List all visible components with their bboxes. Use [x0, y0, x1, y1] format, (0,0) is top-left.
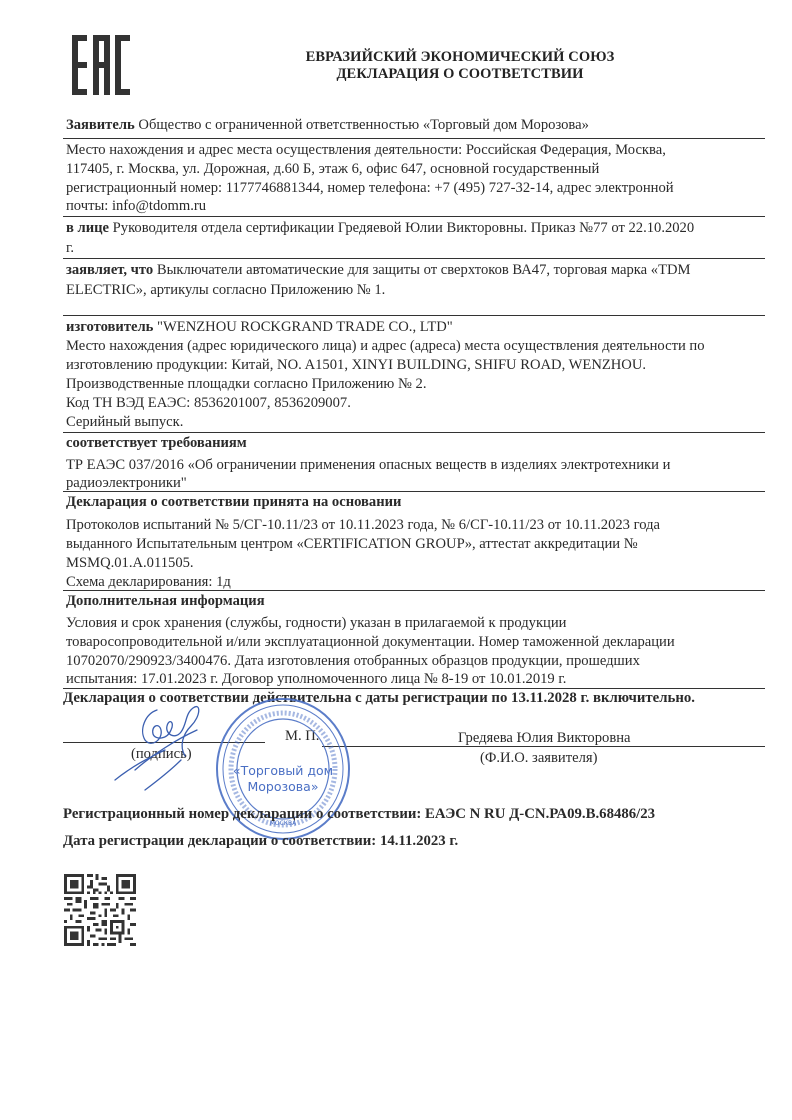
additional-line: Условия и срок хранения (службы, годност… [66, 614, 566, 633]
header-union: ЕВРАЗИЙСКИЙ ЭКОНОМИЧЕСКИЙ СОЮЗ [200, 48, 720, 66]
additional-heading: Дополнительная информация [66, 592, 265, 611]
represented-by: в лице Руководителя отдела сертификации … [66, 219, 694, 238]
manufacturer-line: Код ТН ВЭД ЕАЭС: 8536201007, 8536209007. [66, 394, 351, 413]
eac-logo [72, 35, 130, 95]
registration-number-value: ЕАЭС N RU Д-CN.РА09.В.68486/23 [425, 806, 655, 822]
divider [63, 138, 765, 139]
divider [63, 432, 765, 433]
represented-by-value: Руководителя отдела сертификации Гредяев… [109, 220, 694, 236]
declares-value: Выключатели автоматические для защиты от… [153, 262, 690, 278]
signer-caption: (Ф.И.О. заявителя) [480, 749, 597, 768]
applicant: Заявитель Общество с ограниченной ответс… [66, 116, 589, 135]
registration-date-label: Дата регистрации декларации о соответств… [63, 833, 380, 849]
registration-number-label: Регистрационный номер декларации о соотв… [63, 806, 425, 822]
signature-scribble-icon [105, 700, 215, 795]
eac-logo-icon [72, 35, 130, 95]
signer-name: Гредяева Юлия Викторовна [458, 729, 631, 748]
basis-line: выданного Испытательным центром «CERTIFI… [66, 535, 638, 554]
stamp-line2: Морозова» [213, 779, 353, 795]
manufacturer-line: Серийный выпуск. [66, 413, 183, 432]
requirements-line: ТР ЕАЭС 037/2016 «Об ограничении примене… [66, 456, 670, 475]
registration-date-value: 14.11.2023 г. [380, 833, 458, 849]
manufacturer-line: Место нахождения (адрес юридического лиц… [66, 337, 705, 356]
header-title: ДЕКЛАРАЦИЯ О СООТВЕТСТВИИ [200, 65, 720, 83]
declares-label: заявляет, что [66, 262, 153, 278]
divider [63, 491, 765, 492]
registration-date: Дата регистрации декларации о соответств… [63, 832, 458, 851]
requirements-heading: соответствует требованиям [66, 434, 247, 453]
manufacturer-line: Производственные площадки согласно Прило… [66, 375, 427, 394]
address-line: почты: info@tdomm.ru [66, 197, 206, 216]
basis-heading: Декларация о соответствии принята на осн… [66, 493, 401, 512]
manufacturer: изготовитель "WENZHOU ROCKGRAND TRADE CO… [66, 318, 453, 337]
declares-cont: ELECTRIC», артикулы согласно Приложению … [66, 281, 385, 300]
manufacturer-value: "WENZHOU ROCKGRAND TRADE CO., LTD" [153, 319, 452, 335]
divider [63, 315, 765, 316]
divider [63, 590, 765, 591]
registration-number: Регистрационный номер декларации о соотв… [63, 805, 655, 824]
basis-line: Протоколов испытаний № 5/СГ-10.11/23 от … [66, 516, 660, 535]
stamp-line1: «Торговый дом [213, 763, 353, 779]
additional-line: товаросопроводительной и/или эксплуатаци… [66, 633, 675, 652]
divider [63, 258, 765, 259]
qr-code-icon[interactable] [64, 874, 136, 946]
manufacturer-label: изготовитель [66, 319, 153, 335]
represented-by-cont: г. [66, 239, 74, 258]
manufacturer-line: изготовлению продукции: Китай, NO. A1501… [66, 356, 646, 375]
additional-line: испытания: 17.01.2023 г. Договор уполном… [66, 670, 566, 689]
applicant-label: Заявитель [66, 117, 135, 133]
basis-line: MSMQ.01.A.011505. [66, 554, 194, 573]
stamp-text: «Торговый дом Морозова» [213, 763, 353, 795]
address-line: регистрационный номер: 1177746881344, но… [66, 179, 674, 198]
divider [63, 216, 765, 217]
additional-line: 10702070/290923/3400476. Дата изготовлен… [66, 652, 640, 671]
represented-by-label: в лице [66, 220, 109, 236]
address-line: Место нахождения и адрес места осуществл… [66, 141, 666, 160]
applicant-value: Общество с ограниченной ответственностью… [135, 117, 589, 133]
declares: заявляет, что Выключатели автоматические… [66, 261, 691, 280]
address-line: 117405, г. Москва, ул. Дорожная, д.60 Б,… [66, 160, 599, 179]
